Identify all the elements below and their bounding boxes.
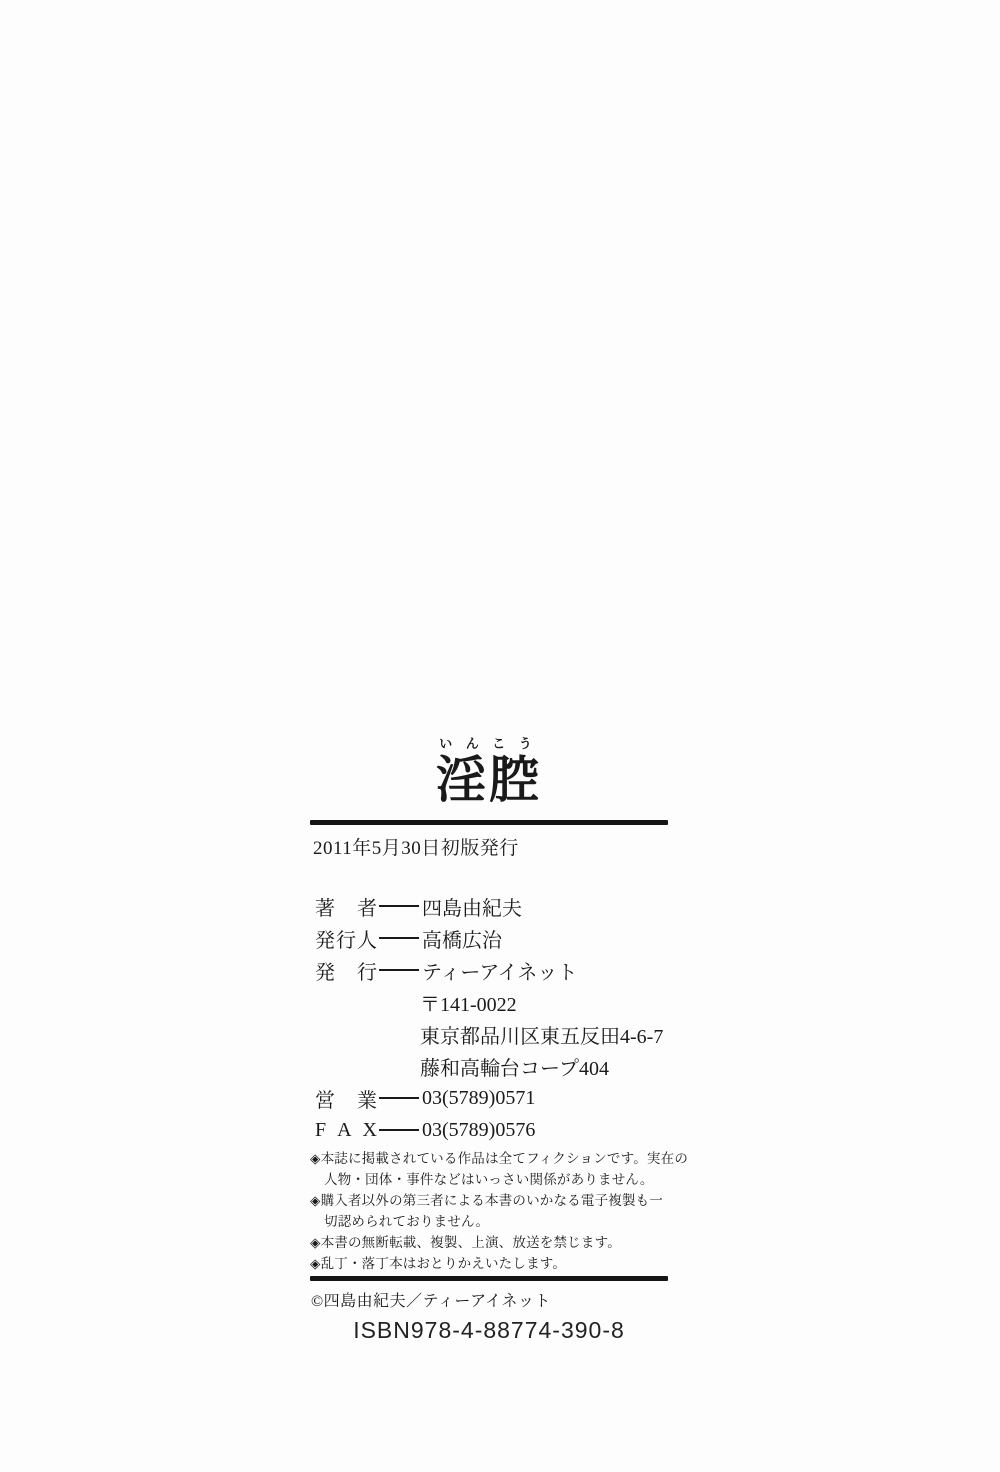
notice-reproduction: ◈本書の無断転載、複製、上演、放送を禁じます。 (310, 1232, 668, 1253)
copyright-notice: ©四島由紀夫／ティーアイネット (311, 1288, 551, 1311)
author-row: 著 者 四島由紀夫 (310, 890, 668, 922)
notice-fiction-line-2: 人物・団体・事件などはいっさい関係がありません。 (310, 1169, 668, 1190)
publisher-person-label: 発行人 (315, 924, 377, 953)
sales-phone: 03(5789)0571 (422, 1087, 535, 1110)
postal-code: 〒141-0022 (420, 988, 517, 1017)
divider-top-rule (310, 820, 668, 825)
connector-dash (379, 1129, 419, 1131)
publisher-person-value: 高橋広治 (422, 924, 502, 953)
author-value: 四島由紀夫 (422, 892, 522, 921)
publication-info: 著 者 四島由紀夫 発行人 高橋広治 発 行 ティーアイネット 〒141-002… (310, 890, 668, 1146)
address-line-row: 東京都品川区東五反田4-6-7 (310, 1018, 668, 1050)
address-line: 東京都品川区東五反田4-6-7 (420, 1020, 663, 1049)
colophon-page: 淫いん腔こう 2011年5月30日初版発行 著 者 四島由紀夫 発行人 高橋広治… (0, 0, 1000, 1472)
building-line-row: 藤和高輪台コープ404 (310, 1050, 668, 1082)
title-kanji-1: 淫 (436, 752, 489, 808)
edition-date: 2011年5月30日初版発行 (313, 833, 519, 860)
publisher-label: 発 行 (315, 956, 377, 985)
notice-ecopy-line-2: 切認められておりません。 (310, 1211, 668, 1232)
title-furigana-1: いん (436, 736, 489, 753)
fax-number: 03(5789)0576 (422, 1119, 535, 1142)
fax-label: F A X (315, 1119, 377, 1142)
book-title: 淫いん腔こう (310, 736, 668, 812)
building-line: 藤和高輪台コープ404 (420, 1052, 609, 1081)
connector-dash (379, 905, 419, 907)
author-label: 著 者 (315, 892, 377, 921)
sales-phone-row: 営 業 03(5789)0571 (310, 1082, 668, 1114)
legal-notices: ◈本誌に掲載されている作品は全てフィクションです。実在の 人物・団体・事件などは… (310, 1148, 668, 1274)
colophon-block: 淫いん腔こう 2011年5月30日初版発行 著 者 四島由紀夫 発行人 高橋広治… (310, 0, 668, 1472)
connector-dash (379, 937, 419, 939)
title-furigana-2: こう (489, 736, 542, 753)
notice-fiction-line-1: ◈本誌に掲載されている作品は全てフィクションです。実在の (310, 1148, 668, 1169)
fax-row: F A X 03(5789)0576 (310, 1114, 668, 1146)
postal-code-row: 〒141-0022 (310, 986, 668, 1018)
isbn-number: ISBN978-4-88774-390-8 (310, 1317, 668, 1344)
connector-dash (379, 1097, 419, 1099)
title-char-1: 淫いん (436, 752, 489, 808)
sales-label: 営 業 (315, 1084, 377, 1113)
publisher-value: ティーアイネット (422, 956, 577, 985)
notice-defective-copy: ◈乱丁・落丁本はおとりかえいたします。 (310, 1253, 668, 1274)
divider-bottom-rule (310, 1276, 668, 1281)
title-kanji-2: 腔 (489, 752, 542, 808)
connector-dash (379, 969, 419, 971)
notice-ecopy-line-1: ◈購入者以外の第三者による本書のいかなる電子複製も一 (310, 1190, 668, 1211)
title-char-2: 腔こう (489, 752, 542, 808)
publisher-person-row: 発行人 高橋広治 (310, 922, 668, 954)
publisher-row: 発 行 ティーアイネット (310, 954, 668, 986)
